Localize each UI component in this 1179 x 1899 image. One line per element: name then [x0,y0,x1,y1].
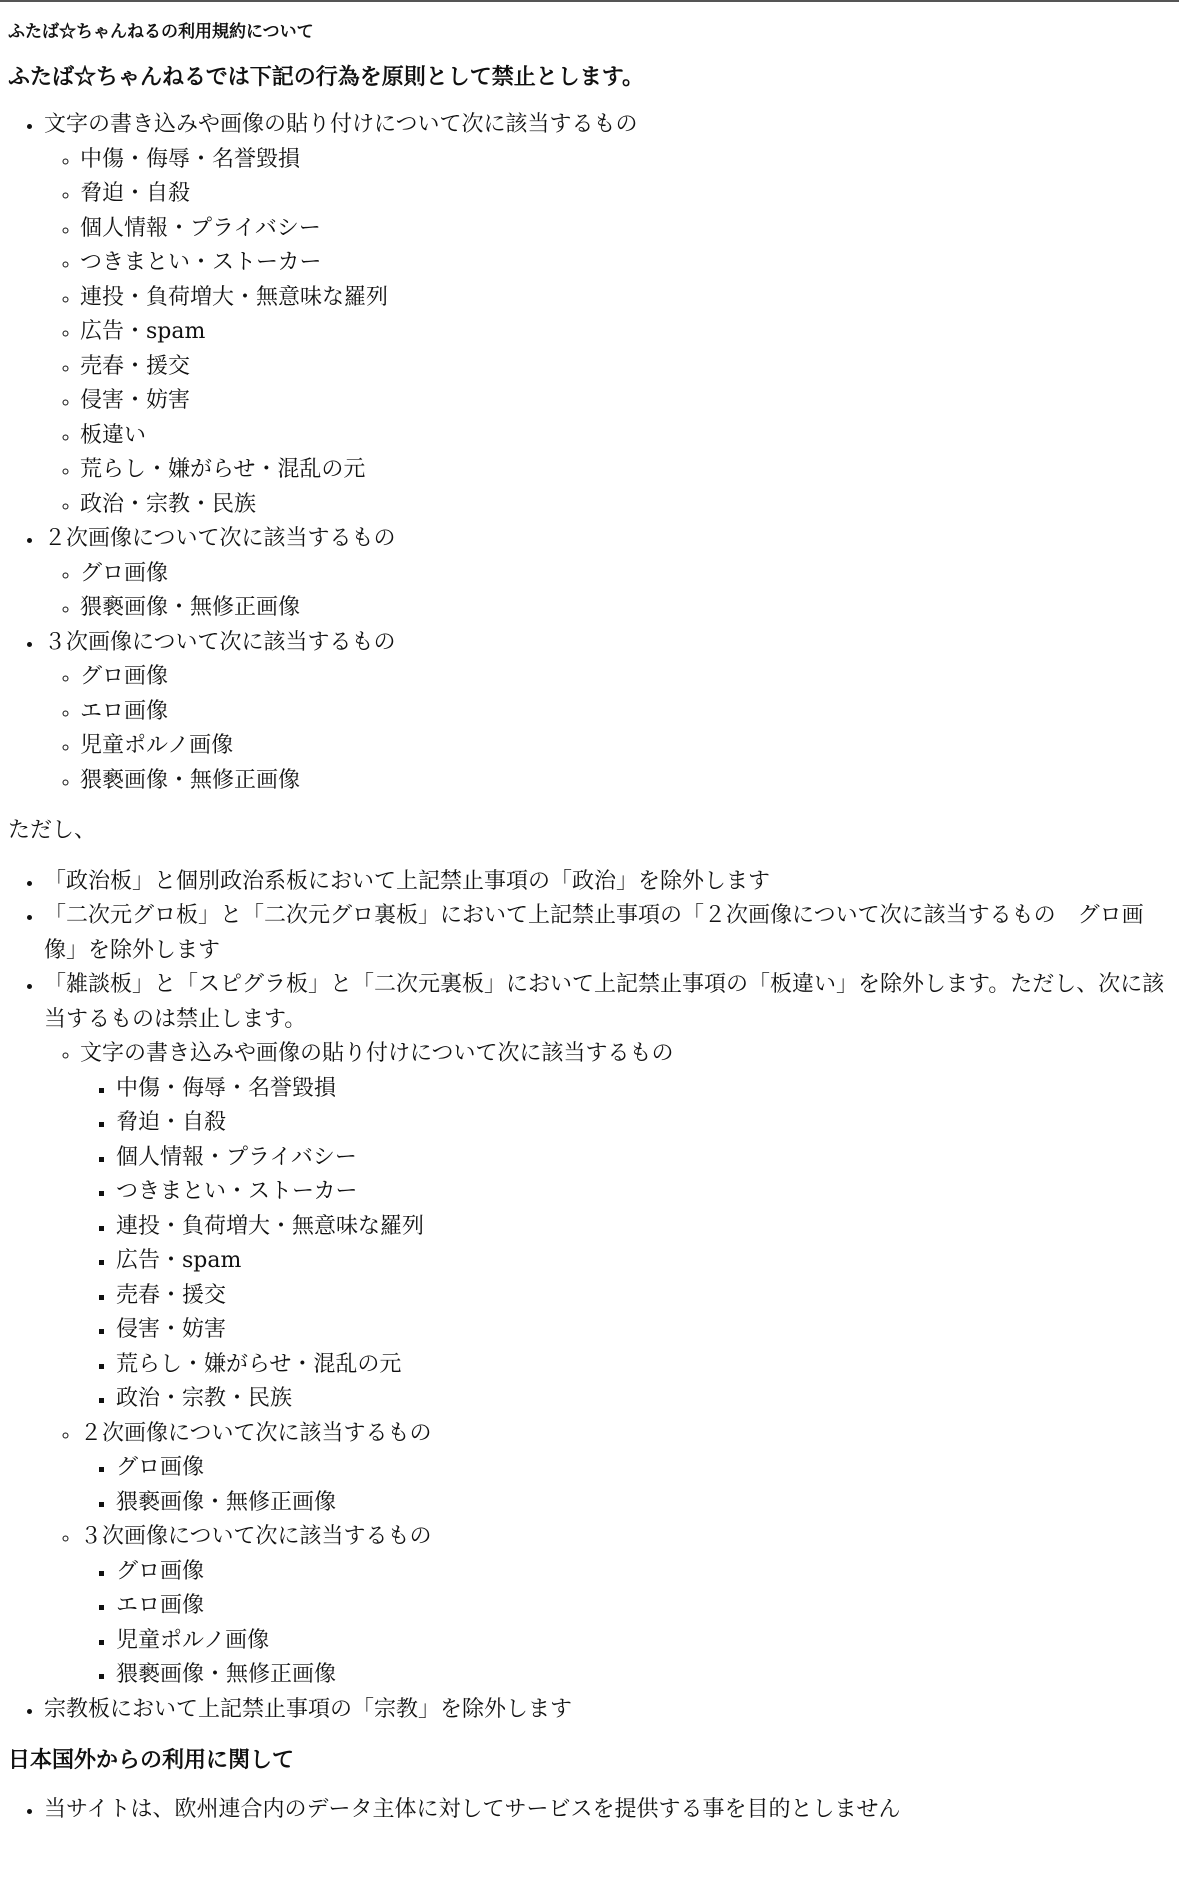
list-item: 猥褻画像・無修正画像 [80,764,1169,799]
list-item: 政治・宗教・民族 [80,488,1169,523]
rule-group-text-and-images: 文字の書き込みや画像の貼り付けについて次に該当するもの 中傷・侮辱・名誉毀損 脅… [80,1037,1169,1417]
rule-group-2d-images: ２次画像について次に該当するもの グロ画像 猥褻画像・無修正画像 [44,522,1169,626]
rule-group-label: ２次画像について次に該当するもの [80,1421,432,1446]
list-item: 侵害・妨害 [80,384,1169,419]
list-item: グロ画像 [116,1555,1169,1590]
exception-chat-boards: 「雑談板」と「スピグラ板」と「二次元裏板」において上記禁止事項の「板違い」を除外… [44,968,1169,1693]
list-item: 脅迫・自殺 [80,177,1169,212]
overseas-usage-heading: 日本国外からの利用に関して [8,1743,1169,1777]
list-item: 荒らし・嫌がらせ・混乱の元 [116,1348,1169,1383]
rule-group-items: グロ画像 エロ画像 児童ポルノ画像 猥褻画像・無修正画像 [44,660,1169,798]
list-item: グロ画像 [80,557,1169,592]
prohibited-acts-list: 文字の書き込みや画像の貼り付けについて次に該当するもの 中傷・侮辱・名誉毀損 脅… [8,108,1169,798]
list-item: 侵害・妨害 [116,1313,1169,1348]
list-item: 個人情報・プライバシー [116,1141,1169,1176]
list-item: 売春・援交 [116,1279,1169,1314]
rule-group-3d-images: ３次画像について次に該当するもの グロ画像 エロ画像 児童ポルノ画像 猥褻画像・… [80,1520,1169,1693]
exception-prohibited-list: 文字の書き込みや画像の貼り付けについて次に該当するもの 中傷・侮辱・名誉毀損 脅… [44,1037,1169,1693]
rule-group-label: 文字の書き込みや画像の貼り付けについて次に該当するもの [44,112,638,137]
list-item: エロ画像 [80,695,1169,730]
exception-label: 「雑談板」と「スピグラ板」と「二次元裏板」において上記禁止事項の「板違い」を除外… [44,972,1164,1032]
rule-group-label: ３次画像について次に該当するもの [80,1524,432,1549]
list-item: 猥褻画像・無修正画像 [116,1658,1169,1693]
rule-group-items: グロ画像 猥褻画像・無修正画像 [44,557,1169,626]
exception-2d-gore-board: 「二次元グロ板」と「二次元グロ裏板」において上記禁止事項の「２次画像について次に… [44,899,1169,968]
list-item: 猥褻画像・無修正画像 [80,591,1169,626]
rule-group-label: ２次画像について次に該当するもの [44,526,396,551]
rule-group-items: 中傷・侮辱・名誉毀損 脅迫・自殺 個人情報・プライバシー つきまとい・ストーカー… [80,1072,1169,1417]
list-item: 連投・負荷増大・無意味な羅列 [116,1210,1169,1245]
rule-group-label: 文字の書き込みや画像の貼り付けについて次に該当するもの [80,1041,674,1066]
list-item: エロ画像 [116,1589,1169,1624]
rule-group-text-and-images: 文字の書き込みや画像の貼り付けについて次に該当するもの 中傷・侮辱・名誉毀損 脅… [44,108,1169,522]
list-item: 脅迫・自殺 [116,1106,1169,1141]
exceptions-list: 「政治板」と個別政治系板において上記禁止事項の「政治」を除外します 「二次元グロ… [8,865,1169,1728]
exception-religion-board: 宗教板において上記禁止事項の「宗教」を除外します [44,1693,1169,1728]
list-item: 猥褻画像・無修正画像 [116,1486,1169,1521]
list-item: 連投・負荷増大・無意味な羅列 [80,281,1169,316]
list-item: 広告・spam [116,1244,1169,1279]
prohibited-acts-heading: ふたば☆ちゃんねるでは下記の行為を原則として禁止とします。 [8,60,1169,94]
list-item: 児童ポルノ画像 [80,729,1169,764]
list-item: 広告・spam [80,315,1169,350]
list-item: 荒らし・嫌がらせ・混乱の元 [80,453,1169,488]
list-item: 売春・援交 [80,350,1169,385]
list-item: 児童ポルノ画像 [116,1624,1169,1659]
list-item: グロ画像 [80,660,1169,695]
list-item: 当サイトは、欧州連合内のデータ主体に対してサービスを提供する事を目的としません [44,1793,1169,1828]
list-item: グロ画像 [116,1451,1169,1486]
list-item: 個人情報・プライバシー [80,212,1169,247]
terms-page: ふたば☆ちゃんねるの利用規約について ふたば☆ちゃんねるでは下記の行為を原則とし… [0,2,1179,1828]
rule-group-items: グロ画像 エロ画像 児童ポルノ画像 猥褻画像・無修正画像 [80,1555,1169,1693]
list-item: 中傷・侮辱・名誉毀損 [80,143,1169,178]
rule-group-label: ３次画像について次に該当するもの [44,630,396,655]
list-item: つきまとい・ストーカー [116,1175,1169,1210]
list-item: 中傷・侮辱・名誉毀損 [116,1072,1169,1107]
rule-group-3d-images: ３次画像について次に該当するもの グロ画像 エロ画像 児童ポルノ画像 猥褻画像・… [44,626,1169,799]
overseas-usage-list: 当サイトは、欧州連合内のデータ主体に対してサービスを提供する事を目的としません [8,1793,1169,1828]
list-item: 板違い [80,419,1169,454]
rule-group-2d-images: ２次画像について次に該当するもの グロ画像 猥褻画像・無修正画像 [80,1417,1169,1521]
rule-group-items: 中傷・侮辱・名誉毀損 脅迫・自殺 個人情報・プライバシー つきまとい・ストーカー… [44,143,1169,523]
page-title: ふたば☆ちゃんねるの利用規約について [8,2,1169,44]
rule-group-items: グロ画像 猥褻画像・無修正画像 [80,1451,1169,1520]
exceptions-intro: ただし、 [8,814,1169,849]
list-item: つきまとい・ストーカー [80,246,1169,281]
list-item: 政治・宗教・民族 [116,1382,1169,1417]
exception-politics-board: 「政治板」と個別政治系板において上記禁止事項の「政治」を除外します [44,865,1169,900]
